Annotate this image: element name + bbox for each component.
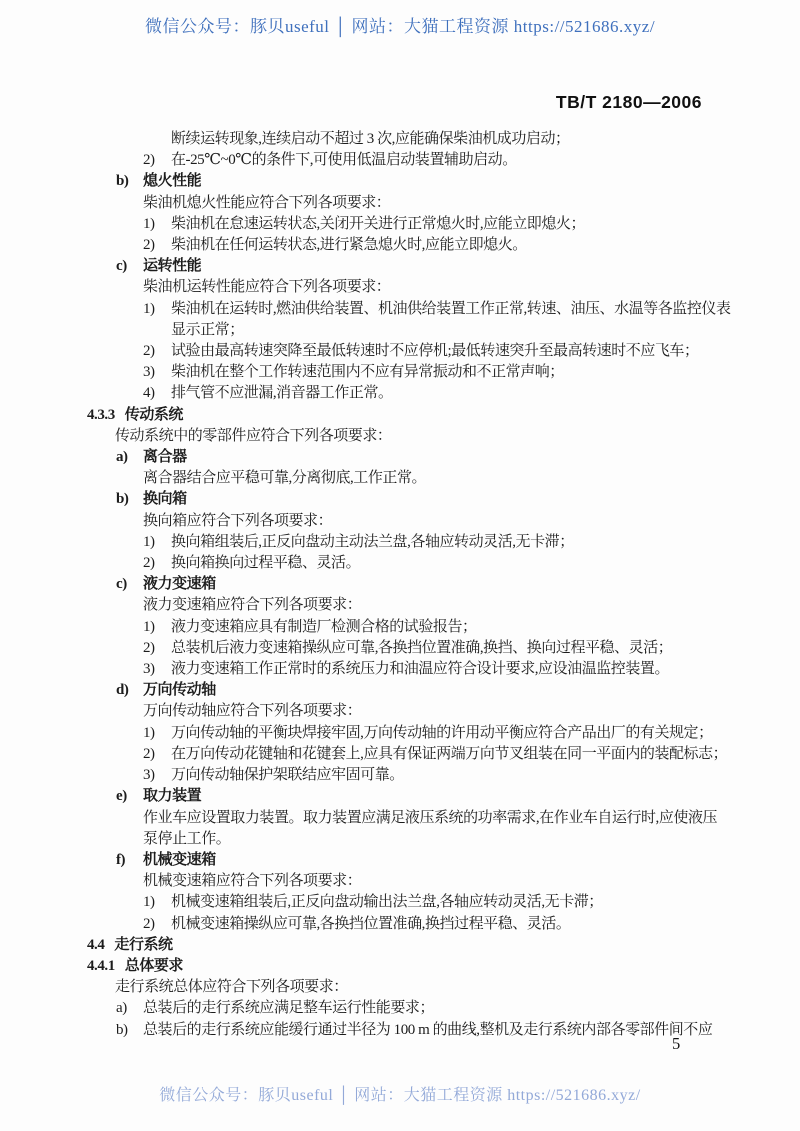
document-body: 断续运转现象,连续启动不超过 3 次,应能确保柴油机成功启动；2)在-25℃~0… <box>87 129 719 1041</box>
numbered-item: 2)在-25℃~0℃的条件下,可使用低温启动装置辅助启动。 <box>87 150 719 171</box>
line-text: 液力变速箱工作正常时的系统压力和油温应符合设计要求,应设油温监控装置。 <box>171 659 669 680</box>
line-text: 在万向传动花键轴和花键套上,应具有保证两端万向节叉组装在同一平面内的装配标志； <box>171 744 727 765</box>
line-text: 传动系统中的零部件应符合下列各项要求： <box>115 426 391 447</box>
line-text: 总装后的走行系统应满足整车运行性能要求； <box>143 998 434 1019</box>
line-text: 万向传动轴保护架联结应牢固可靠。 <box>171 765 404 786</box>
lettered-heading: d)万向传动轴 <box>87 680 719 701</box>
line-text: 作业车应设置取力装置。取力装置应满足液压系统的功率需求,在作业车自运行时,应使液… <box>143 808 717 829</box>
item-label: 2) <box>143 235 171 256</box>
lettered-heading: a)离合器 <box>87 447 719 468</box>
continuation-line: 显示正常； <box>87 320 719 341</box>
line-text: 运转性能 <box>143 256 201 277</box>
watermark-bottom: 微信公众号：豚贝useful │ 网站：大猫工程资源 https://52168… <box>0 1082 800 1105</box>
line-text: 机械变速箱组装后,正反向盘动输出法兰盘,各轴应转动灵活,无卡滞； <box>171 892 603 913</box>
line-text: 换向箱换向过程平稳、灵活。 <box>171 553 360 574</box>
item-label: 1) <box>143 617 171 638</box>
item-label: 1) <box>143 214 171 235</box>
numbered-item: 1)柴油机在怠速运转状态,关闭开关进行正常熄火时,应能立即熄火； <box>87 214 719 235</box>
section-heading: 4.3.3传动系统 <box>87 405 719 426</box>
continuation-line: 断续运转现象,连续启动不超过 3 次,应能确保柴油机成功启动； <box>87 129 719 150</box>
line-text: 柴油机在运转时,燃油供给装置、机油供给装置工作正常,转速、油压、水温等各监控仪表 <box>171 299 731 320</box>
page-number: 5 <box>672 1034 680 1054</box>
item-label: a) <box>116 998 143 1019</box>
line-text: 万向传动轴的平衡块焊接牢固,万向传动轴的许用动平衡应符合产品出厂的有关规定； <box>171 723 713 744</box>
line-text: 总装后的走行系统应能缓行通过半径为 100 m 的曲线,整机及走行系统内部各零部… <box>143 1020 712 1041</box>
line-text: 试验由最高转速突降至最低转速时不应停机;最低转速突升至最高转速时不应飞车； <box>171 341 699 362</box>
continuation-line: 泵停止工作。 <box>87 829 719 850</box>
item-label: 2) <box>143 150 171 171</box>
item-label: d) <box>116 680 143 701</box>
line-text: 柴油机在任何运转状态,进行紧急熄火时,应能立即熄火。 <box>171 235 527 256</box>
line-text: 传动系统 <box>125 405 183 426</box>
lettered-item: a)总装后的走行系统应满足整车运行性能要求； <box>87 998 719 1019</box>
numbered-item: 1)柴油机在运转时,燃油供给装置、机油供给装置工作正常,转速、油压、水温等各监控… <box>87 299 719 320</box>
item-label: 1) <box>143 532 171 553</box>
item-label: 2) <box>143 914 171 935</box>
numbered-item: 3)万向传动轴保护架联结应牢固可靠。 <box>87 765 719 786</box>
line-text: 柴油机熄火性能应符合下列各项要求： <box>143 193 390 214</box>
item-label: 4) <box>143 383 171 404</box>
paragraph: 传动系统中的零部件应符合下列各项要求： <box>87 426 719 447</box>
watermark-top: 微信公众号：豚贝useful │ 网站：大猫工程资源 https://52168… <box>0 12 800 37</box>
paragraph: 换向箱应符合下列各项要求： <box>87 511 719 532</box>
item-label: c) <box>116 256 143 277</box>
line-text: 排气管不应泄漏,消音器工作正常。 <box>171 383 393 404</box>
item-label: 2) <box>143 341 171 362</box>
paragraph: 作业车应设置取力装置。取力装置应满足液压系统的功率需求,在作业车自运行时,应使液… <box>87 808 719 829</box>
line-text: 柴油机在怠速运转状态,关闭开关进行正常熄火时,应能立即熄火； <box>171 214 585 235</box>
paragraph: 万向传动轴应符合下列各项要求： <box>87 701 719 722</box>
item-label: b) <box>116 171 143 192</box>
item-label: f) <box>116 850 143 871</box>
lettered-heading: e)取力装置 <box>87 786 719 807</box>
item-label: 4.4.1 <box>87 956 115 977</box>
numbered-item: 3)柴油机在整个工作转速范围内不应有异常振动和不正常声响； <box>87 362 719 383</box>
item-label: b) <box>116 489 143 510</box>
numbered-item: 2)机械变速箱操纵应可靠,各换挡位置准确,换挡过程平稳、灵活。 <box>87 914 719 935</box>
line-text: 液力变速箱 <box>143 574 216 595</box>
numbered-item: 4)排气管不应泄漏,消音器工作正常。 <box>87 383 719 404</box>
item-label: 3) <box>143 362 171 383</box>
line-text: 换向箱应符合下列各项要求： <box>143 511 332 532</box>
line-text: 柴油机在整个工作转速范围内不应有异常振动和不正常声响； <box>171 362 564 383</box>
line-text: 离合器结合应平稳可靠,分离彻底,工作正常。 <box>143 468 426 489</box>
line-text: 万向传动轴 <box>143 680 216 701</box>
item-label: 2) <box>143 638 171 659</box>
document-page: 微信公众号：豚贝useful │ 网站：大猫工程资源 https://52168… <box>0 0 800 1131</box>
numbered-item: 2)试验由最高转速突降至最低转速时不应停机;最低转速突升至最高转速时不应飞车； <box>87 341 719 362</box>
numbered-item: 1)液力变速箱应具有制造厂检测合格的试验报告； <box>87 617 719 638</box>
lettered-item: b)总装后的走行系统应能缓行通过半径为 100 m 的曲线,整机及走行系统内部各… <box>87 1020 719 1041</box>
paragraph: 柴油机熄火性能应符合下列各项要求： <box>87 193 719 214</box>
section-heading: 4.4走行系统 <box>87 935 719 956</box>
item-label: 1) <box>143 299 171 320</box>
item-label: 2) <box>143 553 171 574</box>
lettered-heading: c)液力变速箱 <box>87 574 719 595</box>
lettered-heading: b)换向箱 <box>87 489 719 510</box>
item-label: c) <box>116 574 143 595</box>
line-text: 离合器 <box>143 447 187 468</box>
paragraph: 液力变速箱应符合下列各项要求： <box>87 595 719 616</box>
lettered-heading: c)运转性能 <box>87 256 719 277</box>
item-label: 3) <box>143 659 171 680</box>
numbered-item: 3)液力变速箱工作正常时的系统压力和油温应符合设计要求,应设油温监控装置。 <box>87 659 719 680</box>
numbered-item: 2)柴油机在任何运转状态,进行紧急熄火时,应能立即熄火。 <box>87 235 719 256</box>
line-text: 机械变速箱 <box>143 850 216 871</box>
line-text: 柴油机运转性能应符合下列各项要求： <box>143 277 390 298</box>
item-label: 4.4 <box>87 935 104 956</box>
numbered-item: 2)在万向传动花键轴和花键套上,应具有保证两端万向节叉组装在同一平面内的装配标志… <box>87 744 719 765</box>
line-text: 机械变速箱应符合下列各项要求： <box>143 871 361 892</box>
line-text: 在-25℃~0℃的条件下,可使用低温启动装置辅助启动。 <box>171 150 517 171</box>
lettered-heading: f)机械变速箱 <box>87 850 719 871</box>
item-label: 4.3.3 <box>87 405 115 426</box>
line-text: 取力装置 <box>143 786 201 807</box>
line-text: 显示正常； <box>171 320 244 341</box>
line-text: 熄火性能 <box>143 171 201 192</box>
line-text: 液力变速箱应具有制造厂检测合格的试验报告； <box>171 617 477 638</box>
line-text: 总装机后液力变速箱操纵应可靠,各换挡位置准确,换挡、换向过程平稳、灵活； <box>171 638 672 659</box>
lettered-heading: b)熄火性能 <box>87 171 719 192</box>
line-text: 换向箱组装后,正反向盘动主动法兰盘,各轴应转动灵活,无卡滞； <box>171 532 574 553</box>
paragraph: 离合器结合应平稳可靠,分离彻底,工作正常。 <box>87 468 719 489</box>
item-label: 1) <box>143 892 171 913</box>
line-text: 泵停止工作。 <box>143 829 230 850</box>
paragraph: 机械变速箱应符合下列各项要求： <box>87 871 719 892</box>
numbered-item: 1)机械变速箱组装后,正反向盘动输出法兰盘,各轴应转动灵活,无卡滞； <box>87 892 719 913</box>
line-text: 走行系统总体应符合下列各项要求： <box>115 977 348 998</box>
item-label: a) <box>116 447 143 468</box>
line-text: 断续运转现象,连续启动不超过 3 次,应能确保柴油机成功启动； <box>171 129 570 150</box>
item-label: 3) <box>143 765 171 786</box>
line-text: 总体要求 <box>125 956 183 977</box>
item-label: b) <box>116 1020 143 1041</box>
line-text: 换向箱 <box>143 489 187 510</box>
line-text: 万向传动轴应符合下列各项要求： <box>143 701 361 722</box>
item-label: 2) <box>143 744 171 765</box>
numbered-item: 1)换向箱组装后,正反向盘动主动法兰盘,各轴应转动灵活,无卡滞； <box>87 532 719 553</box>
item-label: 1) <box>143 723 171 744</box>
section-heading: 4.4.1总体要求 <box>87 956 719 977</box>
paragraph: 柴油机运转性能应符合下列各项要求： <box>87 277 719 298</box>
numbered-item: 2)换向箱换向过程平稳、灵活。 <box>87 553 719 574</box>
line-text: 液力变速箱应符合下列各项要求： <box>143 595 361 616</box>
line-text: 走行系统 <box>114 935 172 956</box>
numbered-item: 1)万向传动轴的平衡块焊接牢固,万向传动轴的许用动平衡应符合产品出厂的有关规定； <box>87 723 719 744</box>
numbered-item: 2)总装机后液力变速箱操纵应可靠,各换挡位置准确,换挡、换向过程平稳、灵活； <box>87 638 719 659</box>
line-text: 机械变速箱操纵应可靠,各换挡位置准确,换挡过程平稳、灵活。 <box>171 914 570 935</box>
item-label: e) <box>116 786 143 807</box>
standard-number: TB/T 2180—2006 <box>556 92 702 113</box>
paragraph: 走行系统总体应符合下列各项要求： <box>87 977 719 998</box>
